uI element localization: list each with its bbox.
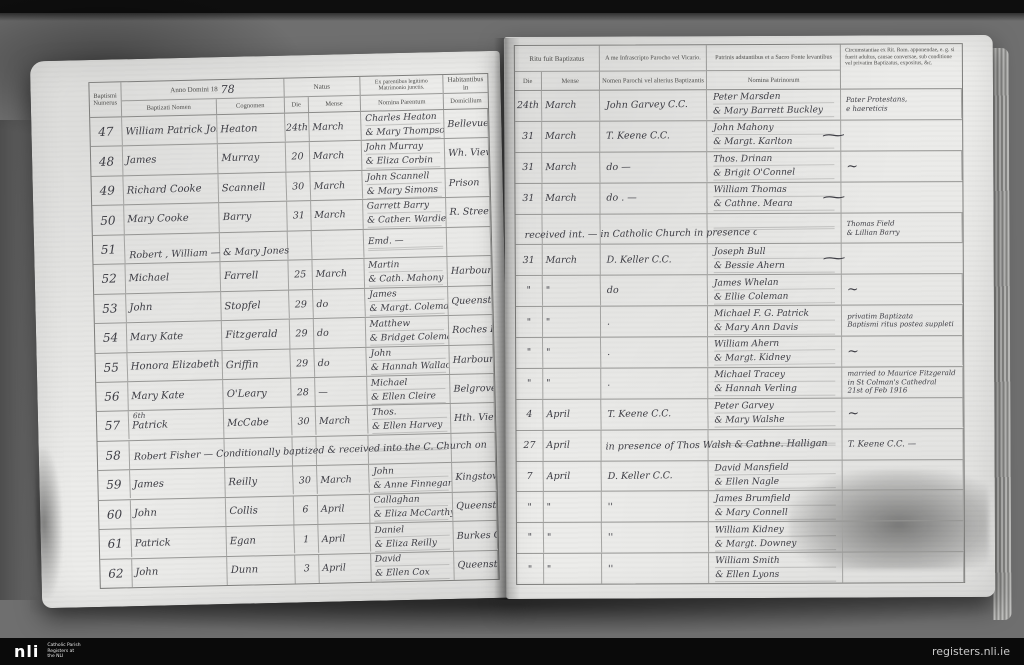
father-name: Garrett Barry	[367, 199, 442, 214]
birth-day-cell: 30	[292, 407, 317, 436]
minister-cell: ''	[602, 553, 709, 583]
sponsors-cell: Thos. Drinan & Brigit O'Connel	[707, 151, 841, 181]
circumstances-cell: ~	[841, 150, 962, 181]
birth-day-cell: 29	[290, 319, 315, 348]
minister-cell: ''	[602, 492, 709, 522]
baptized-name: Mary Kate	[131, 389, 220, 402]
baptism-day-cell: 4	[516, 400, 543, 430]
mother-name: & Hannah Wallace	[370, 360, 445, 375]
minister-cell: .	[601, 368, 708, 398]
baptized-name-cell: James	[123, 145, 219, 176]
birth-day-cell: 30	[286, 172, 311, 201]
birth-month-cell: April	[318, 524, 371, 554]
surname-cell: Egan	[227, 525, 296, 556]
baptized-name-cell: Mary Kate	[128, 380, 224, 411]
baptism-day-cell: "	[517, 523, 544, 553]
father-name: Matthew	[369, 317, 444, 332]
entry-number: 60	[99, 500, 131, 529]
circumstances-cell: ~	[842, 335, 963, 366]
baptism-month-cell: "	[544, 554, 602, 584]
birth-month-cell: March	[309, 112, 362, 142]
mother-name: & Bridget Coleman	[370, 331, 445, 346]
header-bapt-mense: Mense	[541, 72, 598, 90]
right-table-header: Ritu fuit Baptizatus Die Mense A me Infr…	[515, 44, 962, 91]
surname-cell: Collis	[226, 496, 294, 526]
sponsor-two: & Margt. Downey	[715, 537, 836, 552]
header-domicile-sub: Domicilium	[444, 93, 488, 109]
birth-month-cell: do	[313, 288, 366, 318]
sponsor-two: & Ellen Nagle	[715, 475, 836, 490]
father-name: David	[375, 552, 450, 567]
circumstances-cell	[843, 552, 964, 582]
father-name: Callaghan	[373, 493, 448, 508]
circumstances-cell	[843, 459, 964, 490]
birth-month-cell: April	[318, 494, 370, 524]
baptized-name-cell: 6th Patrick	[129, 409, 225, 440]
minister-cell: D. Keller C.C.	[601, 245, 708, 275]
surname-cell: Farrell	[221, 261, 289, 291]
header-minister-sub: Nomen Parochi vel alterius Baptizantis	[600, 71, 706, 89]
birth-day-cell: 29	[290, 348, 315, 377]
domicile-cell: Bellevue	[444, 109, 489, 139]
sponsor-two: & Margt. Kidney	[714, 352, 835, 367]
nli-branding: nli Catholic ParishRegisters atthe NLI	[14, 643, 81, 660]
left-table: Baptismi Numerus Anno Domini 18 78 Bapti…	[88, 73, 499, 589]
birth-month-cell: March	[310, 141, 362, 171]
minister-cell: T. Keene C.C.	[600, 121, 707, 151]
header-ritu-group: Ritu fuit Baptizatus Die Mense	[515, 46, 600, 90]
minister-cell: John Garvey C.C.	[600, 90, 708, 121]
register-row: 31 March D. Keller C.C. Joseph Bull & Be…	[516, 243, 963, 276]
sponsor-one: William Kidney	[715, 523, 836, 538]
minister-cell: .	[601, 337, 709, 368]
header-minister-title: A me Infrascripto Parocho vel Vicario.	[600, 45, 706, 71]
header-surname: Cognomen	[216, 98, 284, 115]
baptized-name-cell: Michael	[125, 262, 221, 293]
sponsor-one: James Brumfield	[715, 492, 836, 506]
surname-cell: Reilly	[225, 466, 294, 497]
register-row: 24th March John Garvey C.C. Peter Marsde…	[515, 89, 962, 122]
baptism-month-cell: "	[544, 523, 602, 554]
entry-number: 47	[90, 117, 123, 146]
domicile-cell: Harbour Hill	[449, 344, 494, 374]
baptized-name: Mary Kate	[130, 330, 219, 343]
register-row: " " . Michael F. G. Patrick & Mary Ann D…	[516, 305, 963, 338]
baptism-month-cell: March	[542, 245, 600, 275]
register-left-page: Baptismi Numerus Anno Domini 18 78 Bapti…	[30, 51, 512, 609]
domicile-cell: Wh. View	[445, 138, 489, 167]
header-minister-group: A me Infrascripto Parocho vel Vicario. N…	[600, 45, 707, 89]
sponsor-two: & Mary Ann Davis	[714, 321, 835, 335]
header-natus: Natus	[284, 77, 359, 98]
father-name: Daniel	[374, 523, 449, 538]
parents-cell: Michael & Ellen Cleire	[367, 375, 451, 405]
domicile-cell: Queenstown	[448, 285, 493, 315]
parents-cell: David & Ellen Cox	[371, 551, 455, 581]
parents-cell: John Scannell & Mary Simons	[362, 169, 446, 199]
sponsors-cell: Peter Marsden & Mary Barrett Buckley	[707, 90, 841, 120]
sponsors-cell: James Whelan & Ellie Coleman	[708, 275, 842, 305]
baptism-month-cell: "	[543, 369, 601, 399]
sponsors-cell: William Ahern & Margt. Kidney	[708, 337, 842, 367]
mother-name: & Ellen Harvey	[372, 419, 447, 434]
header-die: Die	[285, 97, 309, 113]
parents-cell: John Murray & Eliza Corbin	[361, 139, 445, 169]
surname-cell: Murray	[218, 143, 286, 173]
sponsor-two: & Ellie Coleman	[714, 290, 835, 305]
baptized-name-cell: John	[126, 292, 222, 323]
surname-cell: Barry	[219, 202, 287, 232]
sponsors-cell: William Smith & Ellen Lyons	[709, 553, 843, 583]
baptism-month-cell: April	[543, 430, 601, 460]
right-table-body: 24th March John Garvey C.C. Peter Marsde…	[515, 89, 964, 584]
mother-name: & Margt. Coleman	[369, 301, 444, 316]
baptism-month-cell: "	[544, 492, 602, 522]
footer-site-url: registers.nli.ie	[932, 645, 1010, 658]
domicile-cell: R. Street	[446, 197, 490, 226]
birth-month-cell: March	[316, 406, 369, 436]
baptized-name: James	[133, 477, 222, 491]
register-right-page: Ritu fuit Baptizatus Die Mense A me Infr…	[504, 35, 995, 599]
register-row: 27 April T. Keene C.C. — in presence of …	[516, 429, 963, 462]
birth-day-cell: 31	[287, 201, 312, 230]
baptism-month-cell: March	[542, 183, 600, 213]
mother-name: & Eliza McCarthy	[374, 507, 449, 522]
circumstances-cell: married to Maurice Fitzgeraldin St Colma…	[843, 367, 964, 397]
birth-day-cell: 24th	[285, 113, 310, 142]
register-row: 31 March do . — William Thomas & Cathne.…	[515, 182, 962, 215]
register-row: " " '' William Smith & Ellen Lyons	[517, 552, 964, 584]
domicile-cell: Belgrove	[450, 374, 494, 403]
father-name: Michael	[371, 376, 446, 391]
left-table-body: 47 William Patrick Joseph Heaton 24th Ma…	[90, 109, 499, 588]
minister-cell: do —	[600, 151, 708, 182]
sponsor-two: & Mary Walshe	[715, 413, 836, 428]
mother-name: & Ellen Cleire	[371, 390, 446, 405]
circumstances-cell	[843, 521, 964, 552]
header-ritu: Ritu fuit Baptizatus	[515, 46, 599, 72]
baptized-name-cell: William Patrick Joseph	[122, 115, 218, 146]
header-parents-group: Ex parentibus legitimo Matrimonio juncti…	[360, 75, 444, 111]
entry-number: 49	[91, 176, 124, 205]
baptized-name-cell: John	[132, 557, 228, 588]
parents-cell: Emd. —	[363, 228, 447, 258]
header-baptized-name: Baptizati Nomen	[122, 99, 217, 116]
sponsor-one: William Smith	[715, 554, 836, 568]
mother-name	[368, 248, 443, 251]
baptism-day-cell: 7	[516, 461, 543, 491]
father-name: John Murray	[365, 140, 440, 155]
register-row: 7 April D. Keller C.C. David Mansfield &…	[517, 460, 964, 493]
birth-month-cell: March	[311, 200, 363, 230]
parents-cell: John & Anne Finnegan	[369, 463, 453, 493]
circumstances-cell: ~	[808, 181, 1024, 212]
circumstances-cell: privatim BaptizataBaptismi ritus postea …	[842, 305, 963, 335]
surname-cell: McCabe	[224, 408, 293, 439]
baptism-month-cell: March	[542, 152, 600, 183]
sponsor-one: Thos. Drinan	[713, 152, 834, 167]
register-row: Thomas Field& Lillian Barry received int…	[516, 213, 963, 246]
birth-day-cell: 20	[286, 143, 311, 172]
mother-name: & Cath. Mahony	[368, 272, 443, 287]
ink-smudge	[35, 448, 64, 599]
birth-day-cell: 29	[289, 290, 314, 319]
sponsor-one: Michael F. G. Patrick	[714, 307, 835, 321]
sponsor-one: Peter Garvey	[714, 399, 835, 414]
circumstances-cell	[843, 490, 964, 520]
header-parents-title: Ex parentibus legitimo Matrimonio juncti…	[360, 75, 443, 96]
baptized-name: James	[126, 153, 215, 166]
entry-number: 56	[96, 382, 128, 411]
birth-month-cell: —	[315, 377, 367, 407]
baptism-month-cell: April	[543, 399, 601, 430]
sponsor-two: & Hannah Verling	[714, 383, 835, 397]
circumstances-cell: ~	[843, 397, 964, 428]
baptized-name: Honora Elizabeth	[130, 359, 219, 373]
birth-day-cell: 30	[293, 466, 318, 495]
minister-cell: do . —	[600, 183, 707, 213]
entry-number: 52	[93, 264, 125, 293]
domicile-cell: Kingstown	[452, 462, 497, 492]
sponsor-two: & Brigit O'Connel	[713, 166, 834, 181]
birth-day-cell: 6	[294, 496, 319, 525]
baptized-name-cell: John	[131, 498, 227, 529]
baptism-month-cell: "	[543, 307, 601, 337]
father-name: Martin	[368, 258, 443, 273]
sponsors-cell: William Kidney & Margt. Downey	[709, 522, 843, 552]
circumstances-cell: Thomas Field& Lillian Barry	[842, 212, 963, 243]
header-circumstances: Circumstantiae ex Rit. Rom. apponendae, …	[841, 44, 962, 89]
baptism-month-cell: April	[543, 461, 601, 492]
entry-number: 53	[94, 294, 127, 323]
header-habitation-group: Habitantibus in Domicilium	[443, 74, 488, 109]
entry-number: 62	[100, 559, 132, 588]
baptism-month-cell: "	[543, 337, 601, 368]
mother-name: & Ellen Cox	[375, 566, 450, 581]
anno-domini-label: Anno Domini 18	[170, 85, 218, 94]
domicile-cell: Queenstown	[453, 492, 497, 521]
baptized-name-cell: Patrick	[131, 527, 227, 558]
surname-cell: O'Leary	[223, 378, 291, 408]
header-sponsors-title: Patrinis adstantibus et a Sacro Fonte le…	[707, 45, 840, 72]
sponsor-two: & Mary Barrett Buckley	[713, 105, 834, 120]
surname-cell: Heaton	[217, 113, 286, 144]
baptism-day-cell: "	[517, 492, 544, 522]
baptized-name: Michael	[129, 271, 218, 284]
baptism-day-cell: "	[516, 338, 543, 368]
domicile-cell: Prison	[445, 168, 490, 198]
surname-cell: Fitzgerald	[222, 320, 290, 350]
baptism-day-cell: 27	[516, 431, 543, 461]
sponsor-two: & Ellen Lyons	[715, 568, 836, 582]
sponsors-cell: Michael F. G. Patrick & Mary Ann Davis	[708, 306, 842, 336]
header-habitation-title: Habitantibus in	[443, 74, 487, 94]
baptized-name-cell: Mary Cooke	[124, 203, 220, 234]
entry-number: 54	[95, 323, 127, 352]
mother-name: & Eliza Corbin	[366, 154, 441, 169]
parents-cell: Garrett Barry & Cather. Wardie	[363, 198, 447, 228]
baptized-name: John	[135, 565, 224, 578]
sponsors-cell: James Brumfield & Mary Connell	[709, 491, 843, 521]
parents-cell: Thos. & Ellen Harvey	[367, 404, 451, 434]
register-row: 31 March do — Thos. Drinan & Brigit O'Co…	[515, 151, 962, 184]
register-row: 4 April T. Keene C.C. Peter Garvey & Mar…	[516, 398, 963, 431]
register-row: " " do James Whelan & Ellie Coleman ~	[516, 274, 963, 307]
parents-cell: Callaghan & Eliza McCarthy	[369, 493, 453, 523]
domicile-cell: Burkes Glen	[453, 521, 498, 551]
sponsors-cell: Michael Tracey & Hannah Verling	[708, 367, 842, 397]
circumstances-cell: ~	[842, 273, 963, 304]
surname-cell: Dunn	[227, 555, 295, 585]
mother-name: & Cather. Wardie	[367, 213, 442, 228]
register-row: " " '' James Brumfield & Mary Connell	[517, 490, 964, 523]
entry-number: 59	[98, 470, 131, 499]
header-sponsors-sub: Nomina Patrinorum	[707, 71, 840, 90]
domicile-cell: Harbour Row	[448, 256, 492, 285]
baptized-name-cell: James	[130, 468, 226, 499]
birth-day-cell: 3	[295, 555, 320, 584]
birth-month-cell: March	[310, 171, 363, 201]
mother-name: & Mary Thompson	[365, 125, 440, 140]
birth-month-cell: April	[319, 553, 371, 583]
birth-month-cell: do	[314, 318, 366, 348]
header-anno-domini-group: Anno Domini 18 78 Baptizati Nomen Cognom…	[121, 79, 285, 117]
father-name: Thos.	[371, 405, 446, 420]
register-row: 31 March T. Keene C.C. John Mahony & Mar…	[515, 120, 962, 153]
parents-cell: Matthew & Bridget Coleman	[365, 316, 449, 346]
circumstances-cell: ~	[808, 119, 1024, 150]
baptized-name: Richard Cooke	[126, 182, 215, 196]
minister-cell: do	[601, 275, 709, 306]
mother-name: & Anne Finnegan	[373, 478, 448, 493]
book-spine-shadow	[494, 38, 520, 600]
sponsors-cell: David Mansfield & Ellen Nagle	[709, 460, 843, 490]
baptism-month-cell: March	[542, 90, 600, 121]
header-mense: Mense	[308, 96, 359, 112]
header-sponsors-group: Patrinis adstantibus et a Sacro Fonte le…	[707, 45, 841, 90]
father-name: Charles Heaton	[365, 111, 440, 126]
anno-domini-year: 78	[221, 82, 235, 95]
parents-cell: James & Margt. Coleman	[365, 287, 449, 317]
baptism-month-cell: March	[542, 122, 600, 152]
baptism-day-cell: "	[516, 369, 543, 399]
minister-cell: .	[601, 306, 708, 336]
baptism-month-cell: "	[543, 276, 601, 307]
birth-month-cell: do	[314, 347, 367, 377]
nli-footer-bar: nli Catholic ParishRegisters atthe NLI r…	[0, 638, 1024, 665]
register-row: " " '' William Kidney & Margt. Downey	[517, 521, 964, 554]
domicile-cell: Hth. View	[451, 403, 496, 433]
baptized-name-cell: Honora Elizabeth	[127, 351, 223, 382]
sponsors-cell: Peter Garvey & Mary Walshe	[709, 398, 843, 428]
birth-month-cell: March	[317, 465, 370, 495]
sponsor-one: James Whelan	[714, 276, 835, 291]
register-row: " " . William Ahern & Margt. Kidney ~	[516, 336, 963, 369]
header-baptism-number: Baptismi Numerus	[89, 82, 122, 117]
parents-cell: Martin & Cath. Mahony	[364, 257, 448, 287]
entry-number: 50	[92, 206, 124, 235]
minister-cell: ''	[602, 522, 710, 553]
entry-number: 58	[98, 441, 130, 470]
birth-day-cell: 1	[294, 525, 319, 554]
mother-name: & Mary Simons	[366, 183, 441, 198]
circumstances-cell: ~	[808, 243, 1024, 274]
domicile-cell	[447, 227, 492, 257]
sponsor-one: David Mansfield	[715, 461, 836, 476]
header-parents-sub: Nomina Parentum	[360, 94, 443, 111]
baptized-name: Patrick	[134, 536, 223, 550]
domicile-cell: Queenstown	[454, 550, 498, 579]
baptism-day-cell: "	[517, 554, 544, 584]
right-table: Ritu fuit Baptizatus Die Mense A me Infr…	[514, 43, 965, 585]
birth-day-cell: 28	[291, 378, 316, 407]
entry-number: 55	[95, 353, 128, 382]
header-natus-group: Natus Die Mense	[284, 77, 360, 113]
sponsor-one: Peter Marsden	[713, 91, 834, 106]
circumstances-cell: T. Keene C.C. —	[843, 429, 964, 459]
parents-cell: John & Hannah Wallace	[366, 345, 450, 375]
sponsor-one: William Ahern	[714, 338, 835, 353]
minister-cell: T. Keene C.C.	[601, 398, 709, 429]
birth-day-cell: 25	[288, 260, 313, 289]
baptized-name: Patrick	[132, 418, 221, 432]
baptized-name: William Patrick Joseph	[125, 124, 214, 138]
nli-logo: nli	[14, 644, 39, 660]
entry-number: 61	[99, 529, 132, 558]
mother-name: & Eliza Reilly	[374, 537, 449, 552]
sponsor-one: Michael Tracey	[714, 369, 835, 383]
circumstances-cell: Pater Protestans,e haereticis	[841, 89, 962, 120]
baptized-name: John	[134, 507, 223, 520]
scanned-register-photo: Baptismi Numerus Anno Domini 18 78 Bapti…	[0, 0, 1024, 665]
parents-cell: Charles Heaton & Mary Thompson	[361, 110, 445, 140]
sponsor-two: & Mary Connell	[715, 506, 836, 520]
minister-cell: D. Keller C.C.	[601, 460, 709, 491]
father-name: John Scannell	[366, 169, 441, 184]
domicile-cell: Roches Row	[449, 315, 493, 344]
entry-number: 48	[91, 147, 123, 176]
baptized-name: John	[129, 300, 218, 314]
surname-cell: Griffin	[223, 349, 292, 380]
surname-cell: Scannell	[219, 172, 288, 203]
parents-cell: Daniel & Eliza Reilly	[370, 522, 454, 552]
baptized-name: Mary Cooke	[127, 212, 216, 225]
entry-number: 57	[97, 411, 130, 440]
father-name: John	[370, 346, 445, 361]
birth-month-cell: March	[312, 259, 364, 289]
nli-caption: Catholic ParishRegisters atthe NLI	[47, 643, 80, 660]
surname-cell: Stopfel	[221, 290, 290, 321]
baptized-name-cell: Richard Cooke	[123, 174, 219, 205]
father-name: John	[373, 464, 448, 479]
register-row: " " . Michael Tracey & Hannah Verling ma…	[516, 367, 963, 400]
entry-number: 51	[93, 235, 126, 264]
baptized-name-cell: Mary Kate	[127, 321, 223, 352]
